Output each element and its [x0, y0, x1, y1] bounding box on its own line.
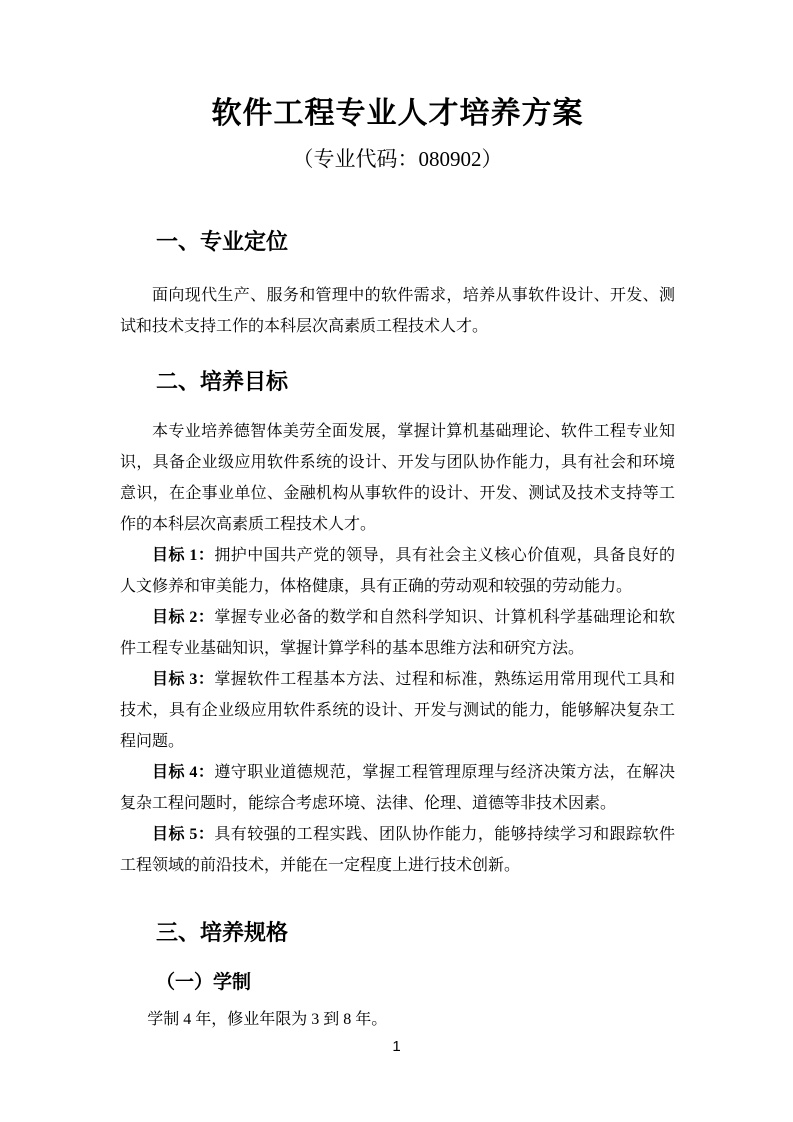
- section-heading-professional-positioning: 一、专业定位: [156, 228, 675, 256]
- section-heading-training-specifications: 三、培养规格: [156, 919, 675, 947]
- goal-paragraph-4: 目标 4：遵守职业道德规范，掌握工程管理原理与经济决策方法，在解决复杂工程问题时…: [120, 757, 675, 819]
- section2-intro-paragraph: 本专业培养德智体美劳全面发展，掌握计算机基础理论、软件工程专业知识，具备企业级应…: [120, 416, 675, 540]
- goal-1-label: 目标 1：: [152, 547, 214, 564]
- goal-2-label: 目标 2：: [152, 609, 214, 626]
- goal-paragraph-3: 目标 3：掌握软件工程基本方法、过程和标准，熟练运用常用现代工具和技术，具有企业…: [120, 664, 675, 757]
- document-subtitle-major-code: （专业代码：080902）: [120, 144, 675, 174]
- goal-paragraph-2: 目标 2：掌握专业必备的数学和自然科学知识、计算机科学基础理论和软件工程专业基础…: [120, 602, 675, 664]
- section3-body-paragraph: 学制 4 年，修业年限为 3 到 8 年。: [120, 1004, 675, 1035]
- goal-5-label: 目标 5：: [152, 826, 214, 843]
- goal-3-label: 目标 3：: [152, 671, 214, 688]
- section1-body-paragraph: 面向现代生产、服务和管理中的软件需求，培养从事软件设计、开发、测试和技术支持工作…: [120, 280, 675, 342]
- goal-paragraph-1: 目标 1：拥护中国共产党的领导，具有社会主义核心价值观，具备良好的人文修养和审美…: [120, 540, 675, 602]
- document-page: 软件工程专业人才培养方案 （专业代码：080902） 一、专业定位 面向现代生产…: [0, 0, 793, 1122]
- subsection-heading-schooling-length: （一）学制: [156, 971, 675, 995]
- goal-4-label: 目标 4：: [152, 764, 214, 781]
- goal-paragraph-5: 目标 5：具有较强的工程实践、团队协作能力，能够持续学习和跟踪软件工程领域的前沿…: [120, 819, 675, 881]
- page-number: 1: [0, 1038, 793, 1056]
- page-content: 软件工程专业人才培养方案 （专业代码：080902） 一、专业定位 面向现代生产…: [0, 0, 793, 1035]
- section-heading-training-objectives: 二、培养目标: [156, 368, 675, 396]
- document-title: 软件工程专业人才培养方案: [120, 96, 675, 132]
